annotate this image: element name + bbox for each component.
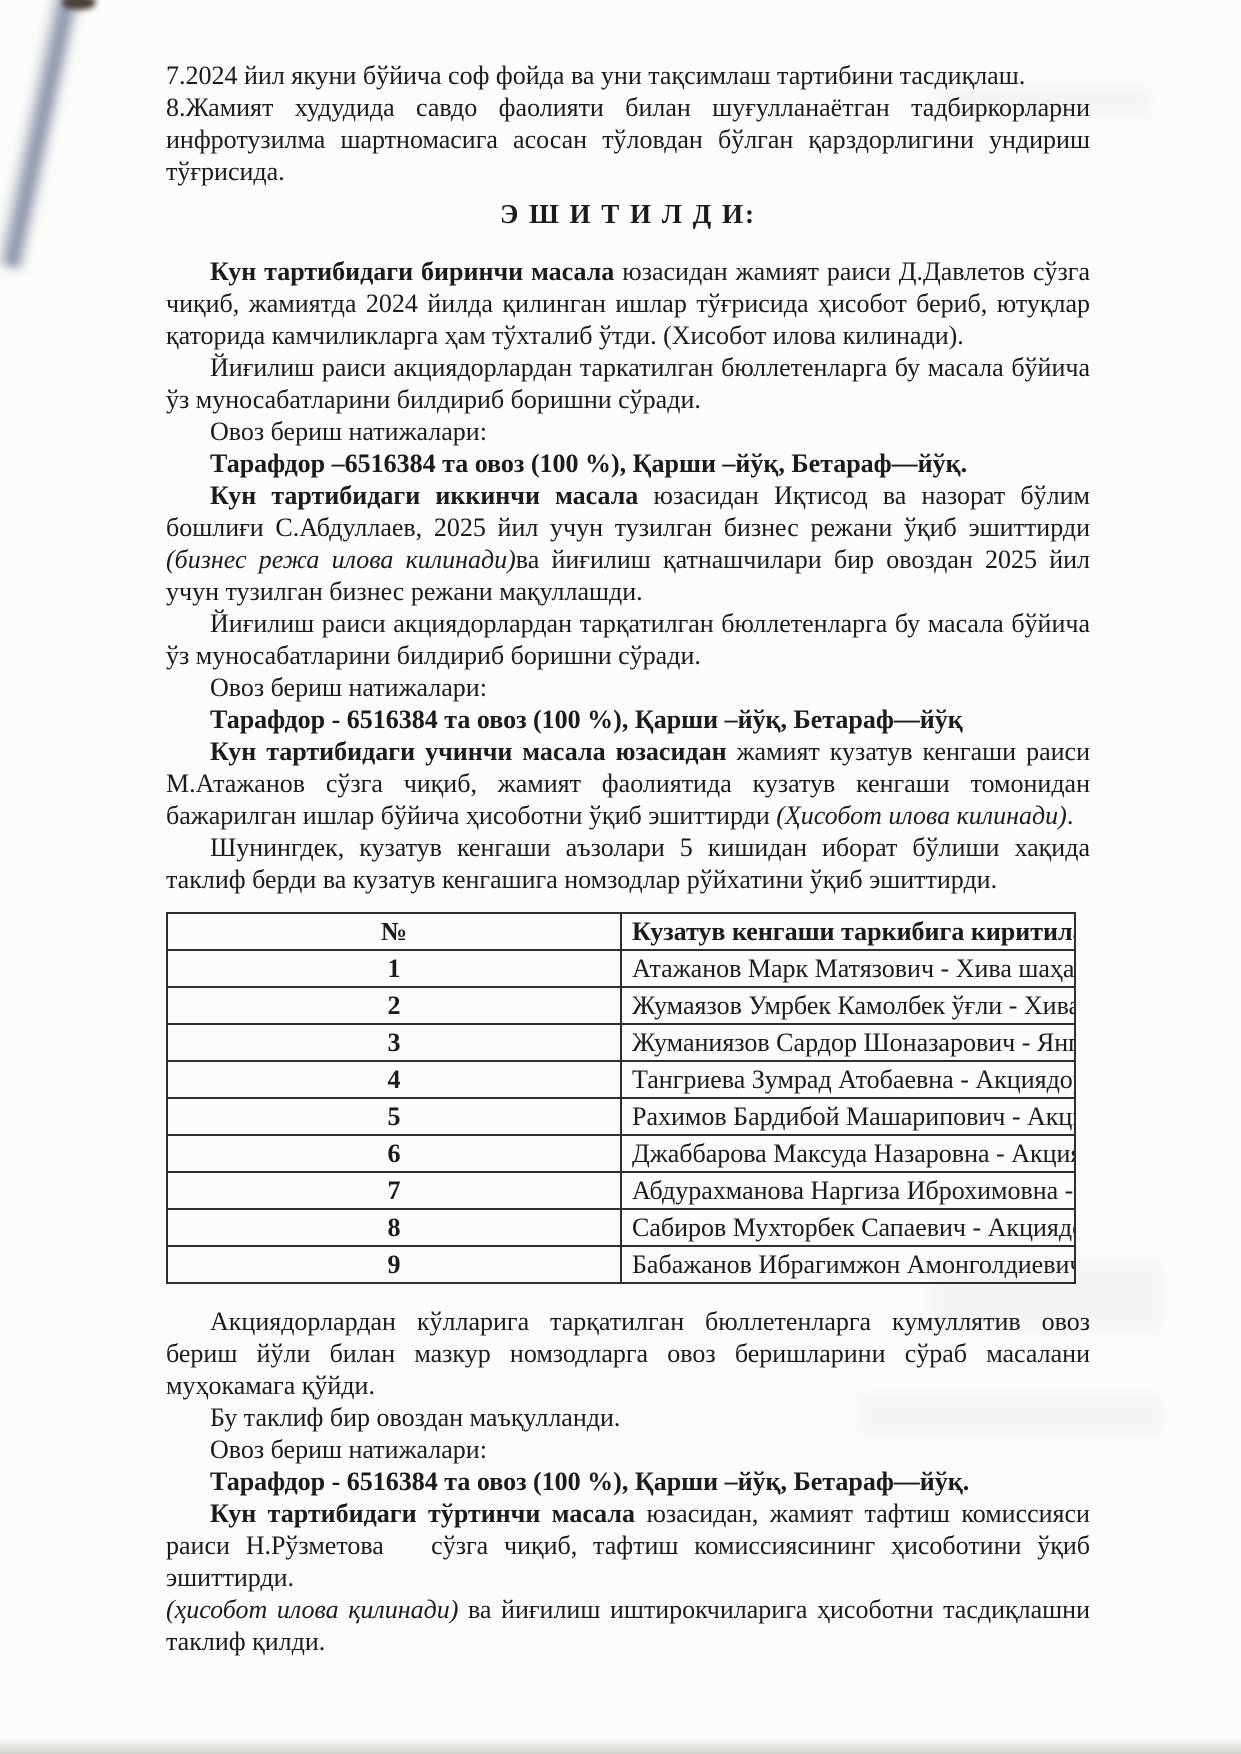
second-question-paragraph: Кун тартибидаги иккинчи масала юзасидан … xyxy=(166,480,1090,608)
row-number-cell: 1 xyxy=(167,950,621,987)
table-row: 4Тангриева Зумрад Атобаевна - Акциядор xyxy=(167,1061,1075,1098)
row-number-cell: 6 xyxy=(167,1135,621,1172)
appendix-note: (ҳисобот илова қилинади) xyxy=(166,1595,458,1624)
table-row: 9Бабажанов Ибрагимжон Амонголдиевич- Акц… xyxy=(167,1246,1075,1283)
document-body: 7.2024 йил якуни бўйича соф фойда ва уни… xyxy=(166,60,1090,1658)
page-fold-shadow xyxy=(0,0,89,270)
approved-line: Бу таклиф бир овоздан маъқулланди. xyxy=(166,1402,1090,1434)
heard-heading: Э Ш И Т И Л Д И: xyxy=(166,198,1090,230)
agenda-item-8: 8.Жамият худудида савдо фаолияти билан ш… xyxy=(166,92,1090,188)
row-number-cell: 7 xyxy=(167,1172,621,1209)
first-question-lead: Кун тартибидаги биринчи масала xyxy=(210,257,614,286)
table-header-no: № xyxy=(167,913,621,950)
row-number-cell: 8 xyxy=(167,1209,621,1246)
candidate-name-cell: Бабажанов Ибрагимжон Амонголдиевич- Акци… xyxy=(621,1246,1075,1283)
vote-results-label-3: Овоз бериш натижалари: xyxy=(166,1434,1090,1466)
table-header-title: Кузатув кенгаши таркибига киритиладиган … xyxy=(621,913,1075,950)
third-question-text-end: . xyxy=(1067,801,1074,830)
agenda-item-7: 7.2024 йил якуни бўйича соф фойда ва уни… xyxy=(166,60,1090,92)
candidate-name-cell: Рахимов Бардибой Машарипович - Акциядор xyxy=(621,1098,1075,1135)
council-proposal-paragraph: Шунингдек, кузатув кенгаши аъзолари 5 ки… xyxy=(166,832,1090,896)
fourth-question-paragraph: Кун тартибидаги тўртинчи масала юзасидан… xyxy=(166,1498,1090,1594)
row-number-cell: 2 xyxy=(167,987,621,1024)
third-question-paragraph: Кун тартибидаги учинчи масала юзасидан ж… xyxy=(166,736,1090,832)
candidate-name-cell: Джаббарова Максуда Назаровна - Акциядор xyxy=(621,1135,1075,1172)
vote-results-label-2: Овоз бериш натижалари: xyxy=(166,672,1090,704)
table-row: 8Сабиров Мухторбек Сапаевич - Акциядор xyxy=(167,1209,1075,1246)
candidate-name-cell: Атажанов Марк Матязович - Хива шаҳар ҳок… xyxy=(621,950,1075,987)
vote-results-line-1: Тарафдор –6516384 та овоз (100 %), Қарши… xyxy=(166,448,1090,480)
fourth-question-lead: Кун тартибидаги тўртинчи масала xyxy=(210,1499,635,1528)
second-question-lead: Кун тартибидаги иккинчи масала xyxy=(210,481,638,510)
candidate-name-cell: Абдурахманова Наргиза Иброхимовна - Акци… xyxy=(621,1172,1075,1209)
table-header-row: № Кузатув кенгаши таркибига киритиладига… xyxy=(167,913,1075,950)
table-row: 1Атажанов Марк Матязович - Хива шаҳар ҳо… xyxy=(167,950,1075,987)
bottom-scan-edge xyxy=(0,1738,1241,1754)
scanned-document-page: 7.2024 йил якуни бўйича соф фойда ва уни… xyxy=(0,0,1241,1754)
row-number-cell: 4 xyxy=(167,1061,621,1098)
table-row: 2Жумаязов Умрбек Камолбек ўғли - Хива ша… xyxy=(167,987,1075,1024)
vote-results-line-2: Тарафдор - 6516384 та овоз (100 %), Қарш… xyxy=(166,704,1090,736)
candidates-table: № Кузатув кенгаши таркибига киритиладига… xyxy=(166,912,1076,1284)
candidate-name-cell: Сабиров Мухторбек Сапаевич - Акциядор xyxy=(621,1209,1075,1246)
candidate-name-cell: Жумаязов Умрбек Камолбек ўғли - Хива шаҳ… xyxy=(621,987,1075,1024)
table-row: 6Джаббарова Максуда Назаровна - Акциядор xyxy=(167,1135,1075,1172)
table-row: 3Жуманиязов Сардор Шоназарович - Янгиари… xyxy=(167,1024,1075,1061)
table-row: 5Рахимов Бардибой Машарипович - Акциядор xyxy=(167,1098,1075,1135)
table-row: 7Абдурахманова Наргиза Иброхимовна - Акц… xyxy=(167,1172,1075,1209)
first-question-paragraph: Кун тартибидаги биринчи масала юзасидан … xyxy=(166,256,1090,352)
vote-results-line-3: Тарафдор - 6516384 та овоз (100 %), Қарш… xyxy=(166,1466,1090,1498)
third-question-lead: Кун тартибидаги учинчи масала юзасидан xyxy=(210,737,727,766)
candidate-name-cell: Жуманиязов Сардор Шоназарович - Янгиариқ… xyxy=(621,1024,1075,1061)
second-question-appendix-note: (бизнес режа илова килинади) xyxy=(166,545,516,574)
chairman-request-paragraph-2: Йиғилиш раиси акциядорлардан тарқатилган… xyxy=(166,608,1090,672)
chairman-request-paragraph-1: Йиғилиш раиси акциядорлардан таркатилган… xyxy=(166,352,1090,416)
row-number-cell: 5 xyxy=(167,1098,621,1135)
row-number-cell: 9 xyxy=(167,1246,621,1283)
third-question-appendix-note: (Ҳисобот илова килинади) xyxy=(776,801,1067,830)
candidate-name-cell: Тангриева Зумрад Атобаевна - Акциядор xyxy=(621,1061,1075,1098)
row-number-cell: 3 xyxy=(167,1024,621,1061)
vote-results-label-1: Овоз бериш натижалари: xyxy=(166,416,1090,448)
report-appendix-paragraph: (ҳисобот илова қилинади) ва йиғилиш ишти… xyxy=(166,1594,1090,1658)
cumulative-vote-paragraph: Акциядорлардан кўлларига тарқатилган бюл… xyxy=(166,1306,1090,1402)
